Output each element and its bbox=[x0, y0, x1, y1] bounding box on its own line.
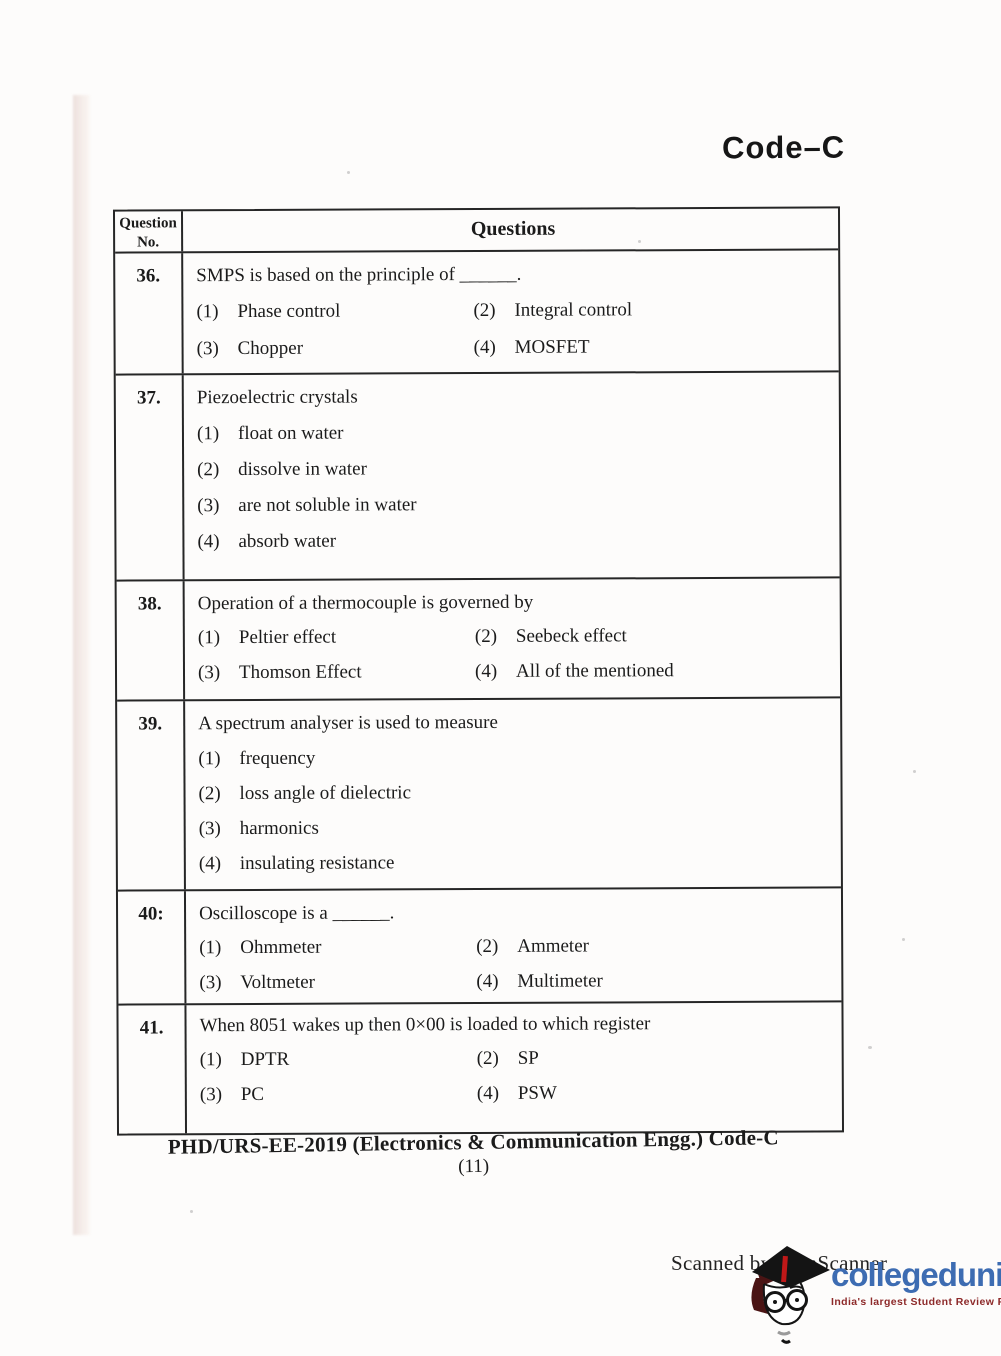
option-text: PSW bbox=[518, 1083, 557, 1105]
option: (3)are not soluble in water bbox=[197, 492, 831, 517]
option-text: are not soluble in water bbox=[238, 494, 416, 517]
option-number: (1) bbox=[197, 423, 229, 445]
option-text: Thomson Effect bbox=[239, 662, 362, 685]
option: (4)insulating resistance bbox=[199, 850, 833, 875]
option-number: (4) bbox=[199, 853, 231, 875]
question-number: 38. bbox=[117, 581, 186, 699]
scanned-exam-page: Code–C Question No. Questions 36. SMPS i… bbox=[0, 0, 1001, 1356]
option-text: float on water bbox=[238, 423, 344, 445]
question-content: When 8051 wakes up then 0×00 is loaded t… bbox=[186, 1002, 842, 1133]
option: (1)DPTR bbox=[200, 1048, 477, 1071]
option: (3)PC bbox=[200, 1083, 477, 1106]
option-number: (3) bbox=[199, 972, 231, 994]
option: (4)All of the mentioned bbox=[475, 659, 832, 683]
question-number: 36. bbox=[115, 253, 184, 373]
option-text: Voltmeter bbox=[240, 972, 315, 994]
option-text: MOSFET bbox=[515, 337, 590, 359]
option-text: Seebeck effect bbox=[516, 625, 627, 647]
collegedunia-logo: collegedunia com India's largest Student… bbox=[831, 1258, 1001, 1308]
question-content: A spectrum analyser is used to measure (… bbox=[185, 698, 841, 889]
question-number: 37. bbox=[116, 375, 185, 579]
collegedunia-tagline: India's largest Student Review Platform bbox=[831, 1296, 1001, 1308]
question-number: 41. bbox=[118, 1005, 187, 1133]
option-number: (3) bbox=[197, 495, 229, 517]
option: (4)absorb water bbox=[197, 528, 831, 553]
option: (4)Multimeter bbox=[476, 969, 833, 993]
option: (1)frequency bbox=[198, 745, 832, 770]
option-number: (1) bbox=[199, 937, 231, 959]
question-content: Operation of a thermocouple is governed … bbox=[185, 578, 841, 699]
option-number: (1) bbox=[200, 1049, 232, 1071]
option: (1)Phase control bbox=[196, 300, 473, 323]
question-row-39: 39. A spectrum analyser is used to measu… bbox=[117, 698, 841, 891]
option-text: Chopper bbox=[238, 338, 304, 360]
option-number: (1) bbox=[198, 627, 230, 649]
question-row-40: 40: Oscilloscope is a ______. (1)Ohmmete… bbox=[118, 888, 841, 1005]
scan-edge-strip bbox=[73, 95, 90, 1235]
option-text: Integral control bbox=[514, 299, 632, 322]
option: (2)Ammeter bbox=[476, 934, 833, 958]
option: (2)loss angle of dielectric bbox=[198, 780, 832, 805]
question-content: SMPS is based on the principle of ______… bbox=[183, 250, 839, 373]
question-stem: A spectrum analyser is used to measure bbox=[198, 710, 832, 735]
question-row-36: 36. SMPS is based on the principle of __… bbox=[115, 250, 839, 375]
page-footer: PHD/URS-EE-2019 (Electronics & Communica… bbox=[110, 1124, 838, 1183]
option-text: Phase control bbox=[237, 301, 340, 323]
option: (2)Integral control bbox=[473, 298, 830, 322]
option-number: (3) bbox=[198, 662, 230, 684]
option-text: SP bbox=[518, 1048, 539, 1070]
question-no-header: Question No. bbox=[115, 211, 183, 251]
option-number: (2) bbox=[197, 459, 229, 481]
question-stem: When 8051 wakes up then 0×00 is loaded t… bbox=[199, 1012, 833, 1037]
option-text: absorb water bbox=[238, 531, 336, 553]
option-text: All of the mentioned bbox=[516, 660, 674, 683]
option: (3)Chopper bbox=[197, 337, 474, 360]
option: (2)SP bbox=[477, 1046, 834, 1070]
option-number: (2) bbox=[476, 936, 508, 958]
question-stem: Piezoelectric crystals bbox=[197, 384, 831, 409]
option-text: loss angle of dielectric bbox=[239, 782, 411, 805]
question-stem: Oscilloscope is a ______. bbox=[199, 900, 833, 925]
option-text: Peltier effect bbox=[239, 627, 336, 649]
option-number: (4) bbox=[476, 971, 508, 993]
table-header-row: Question No. Questions bbox=[115, 208, 838, 253]
option: (1)Ohmmeter bbox=[199, 936, 476, 959]
question-stem: Operation of a thermocouple is governed … bbox=[198, 590, 832, 615]
option-text: frequency bbox=[239, 748, 315, 770]
option-text: Ohmmeter bbox=[240, 937, 321, 959]
option-number: (3) bbox=[197, 338, 229, 360]
option-number: (2) bbox=[477, 1048, 509, 1070]
option-number: (4) bbox=[477, 1083, 509, 1105]
option: (4)PSW bbox=[477, 1081, 834, 1105]
option-text: DPTR bbox=[241, 1049, 290, 1071]
option-text: PC bbox=[241, 1084, 264, 1106]
option-text: Ammeter bbox=[517, 936, 589, 958]
option: (4)MOSFET bbox=[474, 335, 831, 359]
option: (3)Voltmeter bbox=[199, 971, 476, 994]
question-row-38: 38. Operation of a thermocouple is gover… bbox=[117, 578, 841, 701]
option-text: Multimeter bbox=[517, 970, 603, 992]
option-number: (2) bbox=[473, 300, 505, 322]
option-number: (3) bbox=[200, 1084, 232, 1106]
question-table: Question No. Questions 36. SMPS is based… bbox=[113, 206, 844, 1135]
option: (3)Thomson Effect bbox=[198, 661, 475, 684]
question-no-header-line2: No. bbox=[115, 233, 181, 252]
paper-code-label: Code–C bbox=[722, 130, 845, 167]
question-stem: SMPS is based on the principle of ______… bbox=[196, 262, 830, 287]
question-number: 39. bbox=[117, 701, 186, 889]
option-number: (4) bbox=[475, 661, 507, 683]
question-content: Oscilloscope is a ______. (1)Ohmmeter (2… bbox=[186, 888, 841, 1003]
option: (1)Peltier effect bbox=[198, 626, 475, 649]
option-number: (3) bbox=[199, 818, 231, 840]
collegedunia-wordmark: collegedunia bbox=[831, 1258, 1001, 1292]
option-number: (1) bbox=[198, 748, 230, 770]
questions-header: Questions bbox=[183, 208, 838, 251]
question-number: 40: bbox=[118, 891, 186, 1003]
question-row-37: 37. Piezoelectric crystals (1)float on w… bbox=[116, 372, 840, 581]
option: (1)float on water bbox=[197, 420, 831, 445]
option-number: (2) bbox=[198, 783, 230, 805]
option-text: harmonics bbox=[240, 818, 319, 840]
option: (2)dissolve in water bbox=[197, 456, 831, 481]
option-number: (2) bbox=[475, 626, 507, 648]
option-number: (4) bbox=[474, 337, 506, 359]
option-number: (1) bbox=[196, 301, 228, 323]
option-number: (4) bbox=[197, 531, 229, 553]
option: (3)harmonics bbox=[199, 815, 833, 840]
collegedunia-mascot-icon bbox=[738, 1244, 836, 1346]
question-no-header-line1: Question bbox=[115, 214, 181, 233]
question-row-41: 41. When 8051 wakes up then 0×00 is load… bbox=[118, 1002, 842, 1133]
option: (2)Seebeck effect bbox=[475, 624, 832, 648]
option-text: insulating resistance bbox=[240, 852, 395, 875]
question-content: Piezoelectric crystals (1)float on water… bbox=[184, 372, 840, 579]
option-text: dissolve in water bbox=[238, 458, 367, 481]
